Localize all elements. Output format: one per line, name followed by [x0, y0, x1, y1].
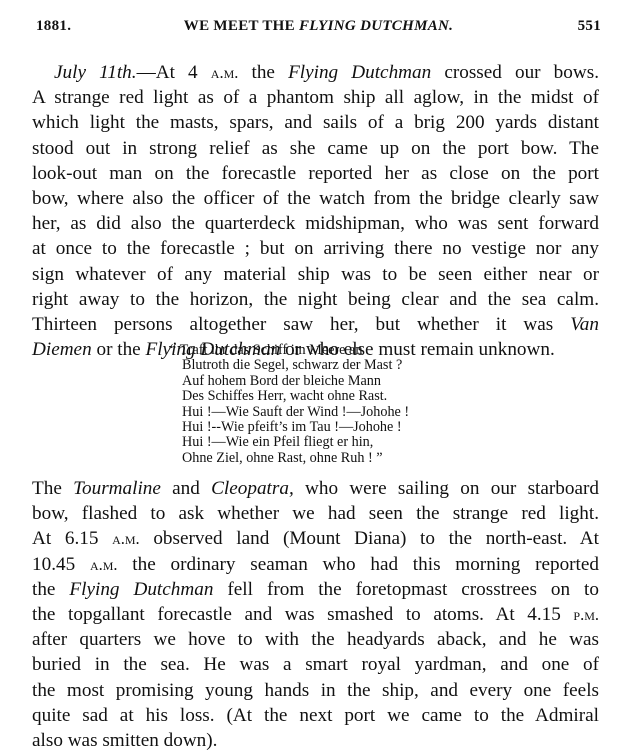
text-segment: stood out in strong relief as she came u… — [32, 138, 599, 159]
page-number: 551 — [578, 18, 601, 35]
text-line: July 11th.—At 4 a.m. the Flying Dutchman… — [32, 60, 599, 85]
diary-entry-paragraph: July 11th.—At 4 a.m. the Flying Dutchman… — [32, 60, 599, 362]
text-line: bow, flashed to ask whether we had seen … — [32, 501, 599, 526]
text-segment: the — [32, 579, 69, 600]
text-line: the Flying Dutchman fell from the foreto… — [32, 577, 599, 602]
header-title-italic: FLYING DUTCHMAN. — [299, 18, 453, 34]
header-title-plain: WE MEET THE — [184, 18, 299, 34]
text-segment: who were sailing on our starboard — [294, 478, 599, 499]
text-segment: The — [32, 478, 73, 499]
text-line: sign whatever of any material ship was t… — [32, 262, 599, 287]
verse-line: Hui !—Wie ein Pfeil fliegt er hin, — [170, 435, 409, 450]
text-segment: observed land (Mount Diana) to the north… — [140, 528, 599, 549]
verse-line: “ Traft ihr das Schiff im Meere an — [170, 343, 409, 358]
text-segment: 10.45 — [32, 554, 90, 575]
text-line: A strange red light as of a phantom ship… — [32, 85, 599, 110]
small-caps-text: a.m. — [90, 555, 118, 574]
text-line: buried in the sea. He was a smart royal … — [32, 652, 599, 677]
text-line: her, as did also the quarterdeck midship… — [32, 211, 599, 236]
verse-line: Hui !—Wie Sauft der Wind !—Johohe ! — [170, 405, 409, 420]
text-segment: the ordinary seaman who had this morning… — [118, 554, 599, 575]
text-line: quite sad at his loss. (At the next port… — [32, 703, 599, 728]
text-line: at once to the forecastle ; but on arriv… — [32, 236, 599, 261]
text-segment: sign whatever of any material ship was t… — [32, 264, 599, 285]
text-segment: after quarters we hove to with the heady… — [32, 629, 599, 650]
verse-line: Ohne Ziel, ohne Rast, ohne Ruh ! ” — [170, 451, 409, 466]
italic-text: Flying Dutchman — [69, 579, 213, 600]
text-segment: bow, flashed to ask whether we had seen … — [32, 503, 599, 524]
text-segment: the most promising young hands in the sh… — [32, 680, 599, 701]
small-caps-text: a.m. — [211, 63, 239, 82]
text-segment: fell from the foretopmast crosstrees on … — [213, 579, 599, 600]
text-line: which light the masts, spars, and sails … — [32, 110, 599, 135]
text-segment: also was smitten down). — [32, 730, 217, 750]
verse-line: Blutroth die Segel, schwarz der Mast ? — [170, 358, 409, 373]
text-line: At 6.15 a.m. observed land (Mount Diana)… — [32, 526, 599, 551]
text-line: 10.45 a.m. the ordinary seaman who had t… — [32, 552, 599, 577]
italic-text: Van — [570, 314, 599, 335]
text-segment: Thirteen persons altogether saw her, but… — [32, 314, 570, 335]
italic-text: Flying Dutchman — [288, 62, 431, 83]
text-segment: or the — [92, 339, 146, 360]
text-line: bow, where also the officer of the watch… — [32, 186, 599, 211]
text-segment: and — [161, 478, 211, 499]
text-segment: —At 4 — [137, 62, 211, 83]
text-line: Thirteen persons altogether saw her, but… — [32, 312, 599, 337]
text-segment: right away to the horizon, the night bei… — [32, 289, 599, 310]
text-segment: the — [238, 62, 288, 83]
text-segment: bow, where also the officer of the watch… — [32, 188, 599, 209]
verse-line: Auf hohem Bord der bleiche Mann — [170, 374, 409, 389]
italic-text: July 11th. — [54, 62, 137, 83]
text-line: look-out man on the forecastle reported … — [32, 161, 599, 186]
italic-text: Tourmaline — [73, 478, 161, 499]
verse-line: Des Schiffes Herr, wacht ohne Rast. — [170, 389, 409, 404]
text-segment: quite sad at his loss. (At the next port… — [32, 705, 599, 726]
verse-line: Hui !--Wie pfeift’s im Tau !—Johohe ! — [170, 420, 409, 435]
text-line: the topgallant forecastle and was smashe… — [32, 602, 599, 627]
continuation-paragraph: The Tourmaline and Cleopatra, who were s… — [32, 476, 599, 750]
text-line: stood out in strong relief as she came u… — [32, 136, 599, 161]
text-line: after quarters we hove to with the heady… — [32, 627, 599, 652]
small-caps-text: a.m. — [112, 529, 140, 548]
italic-text: Diemen — [32, 339, 92, 360]
text-segment: look-out man on the forecastle reported … — [32, 163, 599, 184]
text-segment: her, as did also the quarterdeck midship… — [32, 213, 599, 234]
german-verse-quotation: “ Traft ihr das Schiff im Meere anBlutro… — [170, 343, 409, 466]
italic-text: Cleopatra, — [211, 478, 294, 499]
text-line: right away to the horizon, the night bei… — [32, 287, 599, 312]
small-caps-text: p.m. — [573, 605, 599, 624]
text-segment: which light the masts, spars, and sails … — [32, 112, 599, 133]
text-segment: A strange red light as of a phantom ship… — [32, 87, 599, 108]
text-segment: buried in the sea. He was a smart royal … — [32, 654, 599, 675]
text-segment: At 6.15 — [32, 528, 112, 549]
text-segment: crossed our bows. — [431, 62, 599, 83]
running-header: 1881. WE MEET THE FLYING DUTCHMAN. 551 — [36, 18, 601, 40]
text-line: the most promising young hands in the sh… — [32, 678, 599, 703]
header-title: WE MEET THE FLYING DUTCHMAN. — [36, 18, 601, 35]
text-line: The Tourmaline and Cleopatra, who were s… — [32, 476, 599, 501]
text-segment: at once to the forecastle ; but on arriv… — [32, 238, 599, 259]
text-segment: the topgallant forecastle and was smashe… — [32, 604, 573, 625]
text-line: also was smitten down). — [32, 728, 599, 750]
